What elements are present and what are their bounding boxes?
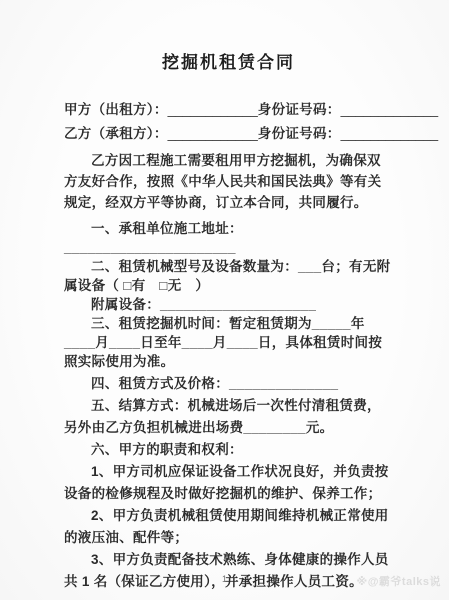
party-a-name-blank: ____________ bbox=[168, 102, 258, 117]
party-b-id-blank: _____________ bbox=[341, 126, 439, 141]
clause-address: 一、承租单位施工地址：______________________ bbox=[64, 219, 393, 257]
clause-duty-3: 3、甲方负责配备技术熟练、身体健康的操作人员共 1 名（保证乙方使用），并承担操… bbox=[64, 549, 393, 593]
clause-equipment: 二、租赁机械型号及设备数量为：___台；有无附属设备（ □有 □无 ） bbox=[64, 257, 393, 295]
party-a-id-label: 身份证号码： bbox=[258, 102, 341, 117]
party-b-role-label: 乙方（承租方）： bbox=[64, 126, 168, 141]
party-a-id-blank: _____________ bbox=[341, 102, 439, 117]
clause-duration: 三、租赁挖掘机时间：暂定租赁期为_____年____月____日至年____月_… bbox=[64, 314, 393, 371]
party-b-name-blank: ____________ bbox=[168, 126, 258, 141]
party-b-line: 乙方（承租方）：____________身份证号码：_____________ bbox=[64, 122, 393, 146]
clause-price: 四、租赁方式及价格：______________ bbox=[64, 373, 393, 395]
page-title: 挖掘机租赁合同 bbox=[64, 52, 393, 74]
party-a-line: 甲方（出租方）：____________身份证号码：_____________ bbox=[64, 98, 393, 122]
intro-paragraph: 乙方因工程施工需要租用甲方挖掘机，为确保双方友好合作，按照《中华人民共和国民法典… bbox=[64, 150, 393, 213]
clause-attachments: 附属设备：____________________ bbox=[64, 295, 393, 314]
contract-page: 挖掘机租赁合同 甲方（出租方）：____________身份证号码：______… bbox=[0, 0, 449, 600]
clause-settlement: 五、结算方式：机械进场后一次性付清租赁费，另外由乙方负担机械进出场费______… bbox=[64, 395, 393, 439]
watermark: ※@霸爷talks说 bbox=[357, 573, 442, 589]
parties-block: 甲方（出租方）：____________身份证号码：_____________ … bbox=[64, 98, 393, 146]
clause-duty-2: 2、甲方负责机械租赁使用期间维持机械正常使用的液压油、配件等； bbox=[64, 505, 393, 549]
clause-duties-heading: 六、甲方的职责和权利： bbox=[64, 439, 393, 461]
party-b-id-label: 身份证号码： bbox=[258, 126, 341, 141]
party-a-role-label: 甲方（出租方）： bbox=[64, 102, 168, 117]
clause-duty-1: 1、甲方司机应保证设备工作状况良好，并负责按设备的检修规程及时做好挖掘机的维护、… bbox=[64, 461, 393, 505]
